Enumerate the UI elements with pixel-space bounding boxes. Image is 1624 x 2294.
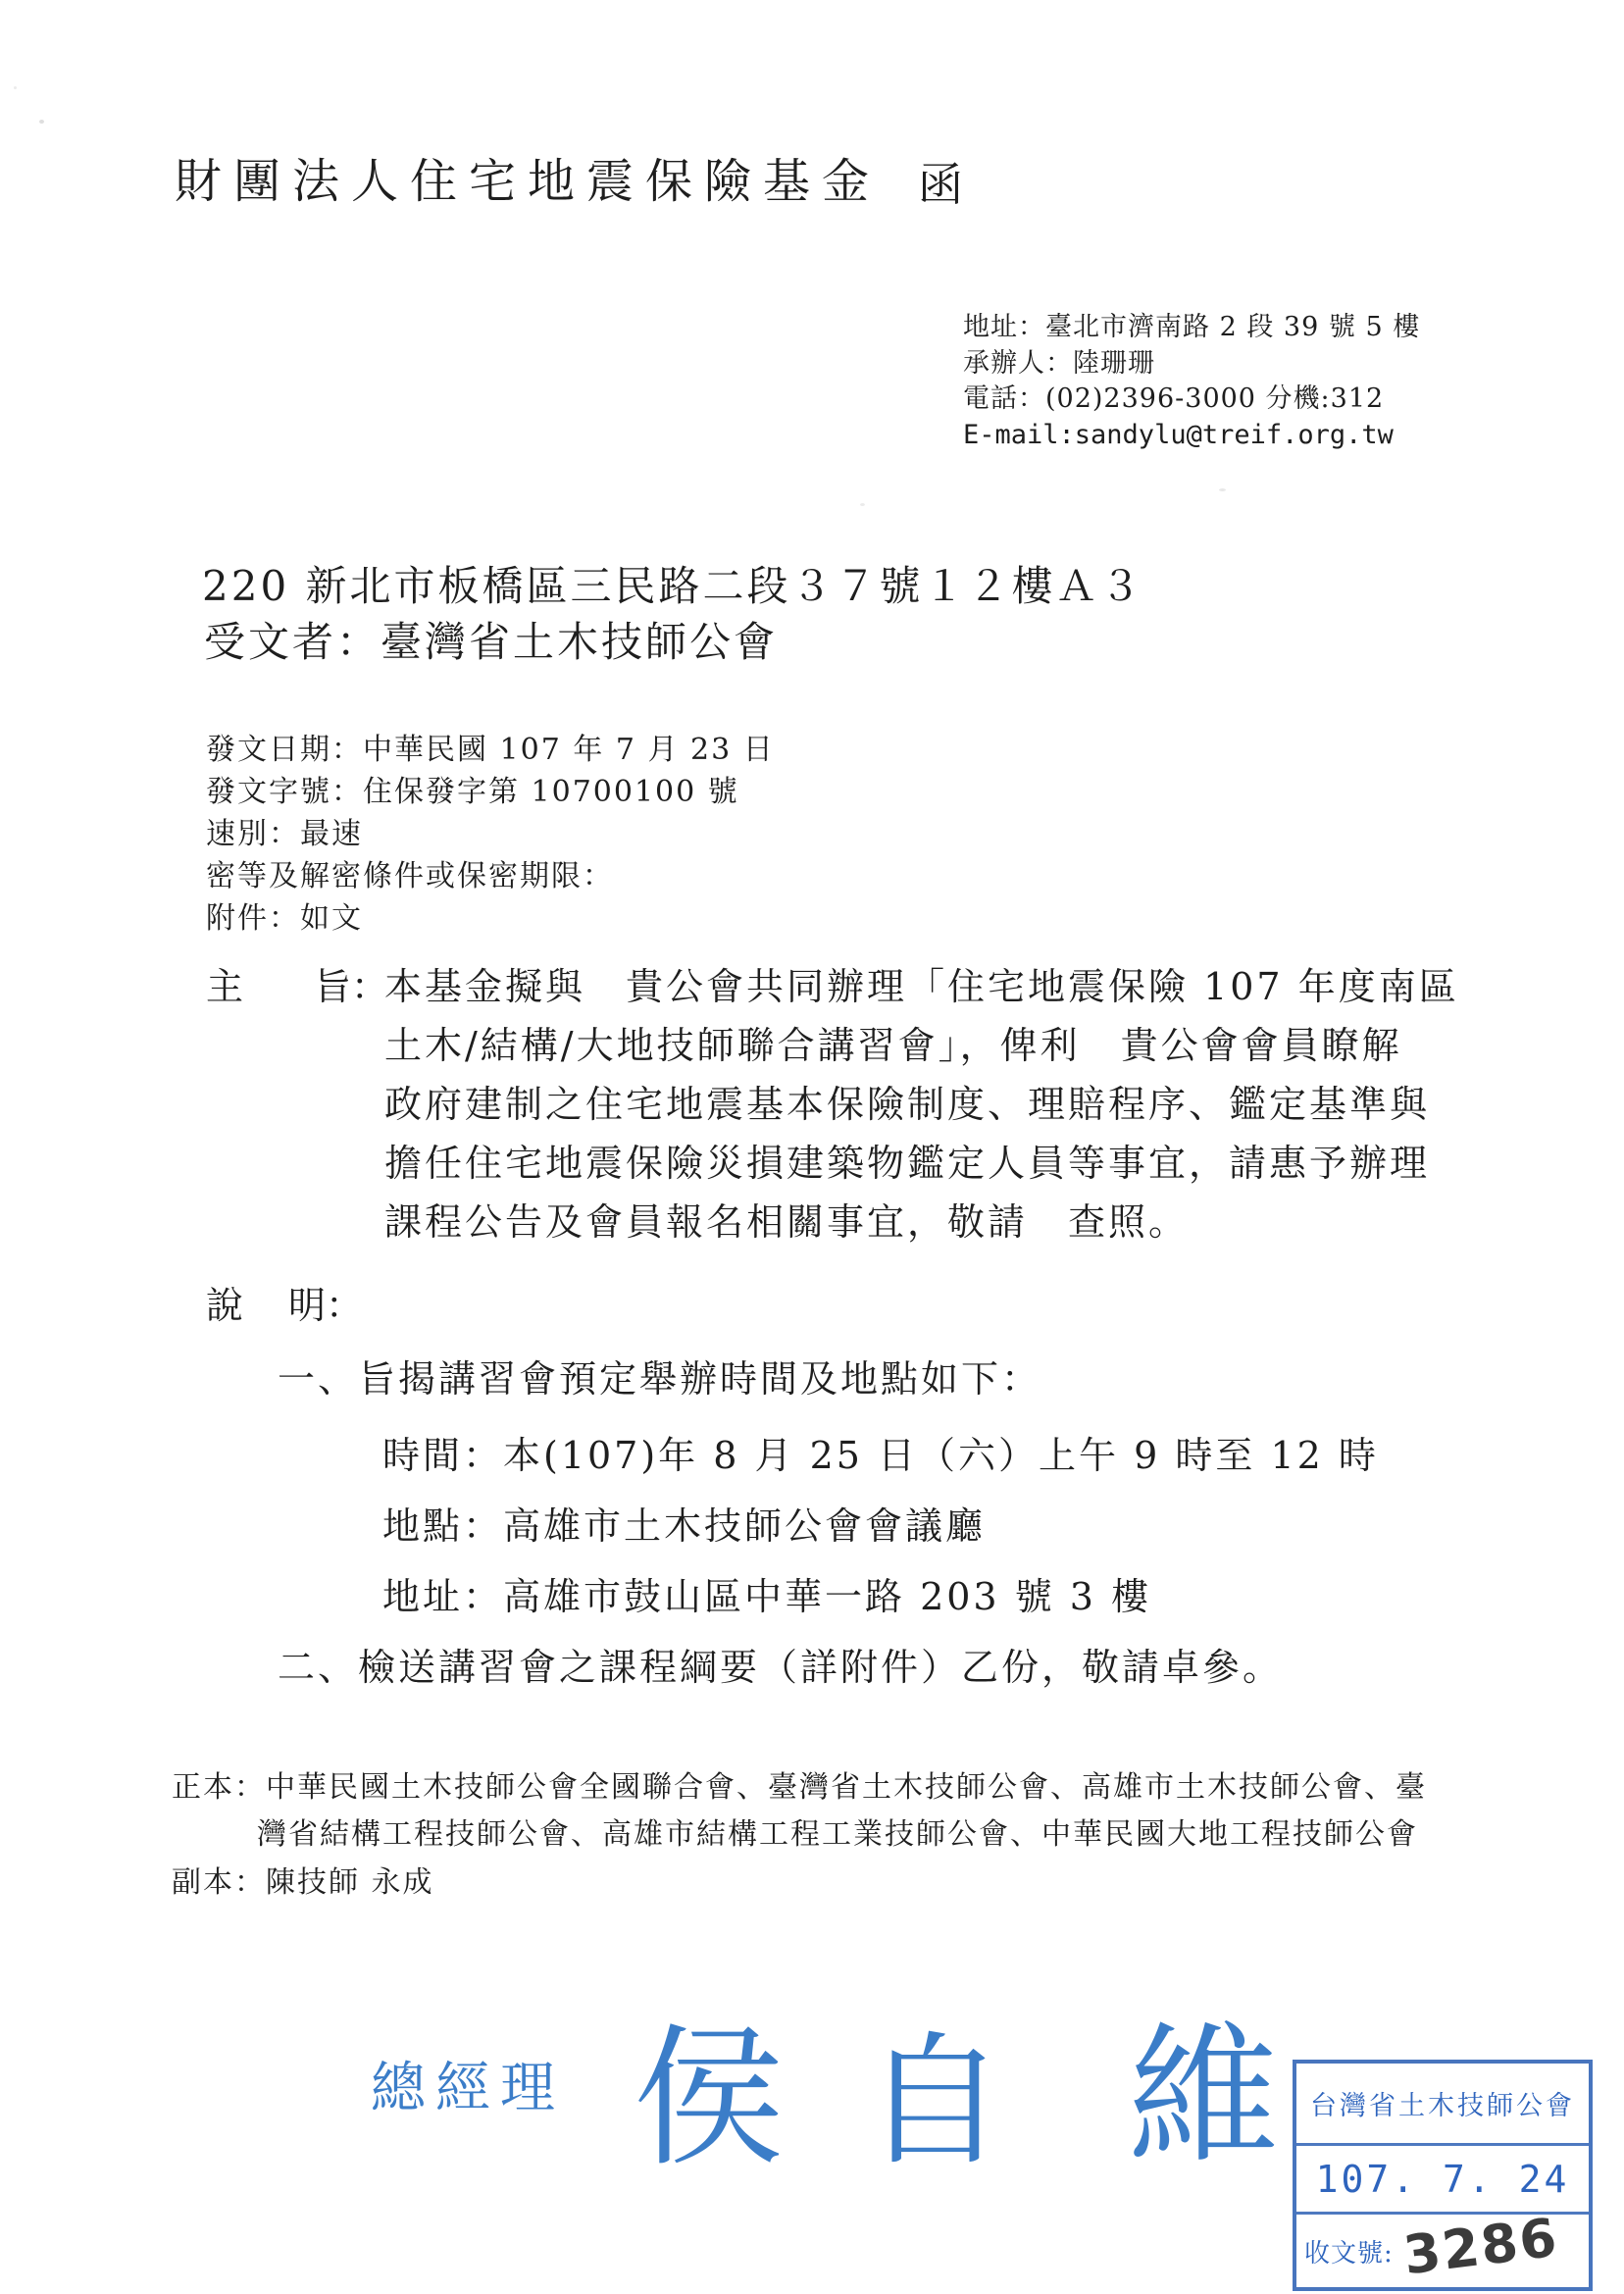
scan-artifact <box>14 86 17 89</box>
stamp-organization: 台灣省土木技師公會 <box>1296 2064 1589 2146</box>
received-stamp: 台灣省土木技師公會 107. 7. 24 收文號: 3286 <box>1293 2060 1593 2291</box>
sender-phone: 電話：(02)2396-3000 分機:312 <box>963 383 1384 414</box>
explanation-label-char1: 說 <box>206 1285 243 1328</box>
meta-speed-class: 速別：最速 <box>206 818 363 852</box>
explanation-label-rest: 明： <box>288 1285 363 1328</box>
event-place: 地點：高雄市土木技師公會會議廳 <box>382 1505 986 1549</box>
fund-title: 財團法人住宅地震保險基金 <box>175 155 881 209</box>
meta-attachment: 附件：如文 <box>206 902 363 937</box>
original-recipients-line-1: 正本：中華民國土木技師公會全國聯合會、臺灣省土木技師公會、高雄市土木技師公會、臺 <box>172 1771 1427 1806</box>
scan-artifact <box>39 120 44 124</box>
stamp-date: 107. 7. 24 <box>1296 2146 1589 2215</box>
signature-name-char: 維 <box>1128 2020 1280 2172</box>
subject-line: 土木/結構/大地技師聯合講習會」，俾利 貴公會會員瞭解 <box>384 1025 1402 1068</box>
stamp-receipt-row: 收文號: 3286 <box>1296 2215 1589 2287</box>
recipient-addressee: 受文者：臺灣省土木技師公會 <box>204 619 778 666</box>
subject-line: 課程公告及會員報名相關事宜，敬請 查照。 <box>384 1201 1189 1245</box>
subject-label-char1: 主 <box>206 966 243 1009</box>
meta-security-class: 密等及解密條件或保密期限： <box>206 860 614 894</box>
subject-label-rest: 旨： <box>314 966 388 1009</box>
subject-line: 政府建制之住宅地震基本保險制度、理賠程序、鑑定基準與 <box>384 1084 1430 1127</box>
explanation-label: 說 明： <box>206 1285 363 1328</box>
subject-label: 主 旨： <box>206 966 388 1009</box>
subject-line: 擔任住宅地震保險災損建築物鑑定人員等事宜，請惠予辦理 <box>384 1143 1430 1186</box>
signature-name-char: 自 <box>863 2030 1006 2173</box>
subject-line: 本基金擬與 貴公會共同辦理「住宅地震保險 107 年度南區 <box>384 966 1459 1009</box>
explanation-item-2: 二、檢送講習會之課程綱要（詳附件）乙份，敬請卓參。 <box>278 1647 1283 1690</box>
event-time: 時間：本(107)年 8 月 25 日（六）上午 9 時至 12 時 <box>382 1435 1379 1478</box>
sender-address: 地址：臺北市濟南路 2 段 39 號 5 樓 <box>963 312 1420 342</box>
stamp-receipt-label: 收文號: <box>1304 2233 1394 2269</box>
sender-contact-person: 承辦人：陸珊珊 <box>963 348 1155 379</box>
meta-doc-number: 發文字號：住保發字第 10700100 號 <box>206 776 739 810</box>
original-recipients-line-2: 灣省結構工程技師公會、高雄市結構工程工業技師公會、中華民國大地工程技師公會 <box>257 1818 1418 1853</box>
scan-artifact <box>1219 488 1226 491</box>
sender-email: E-mail:sandylu@treif.org.tw <box>963 420 1394 450</box>
explanation-item-1: 一、旨揭講習會預定舉辦時間及地點如下： <box>278 1358 1041 1402</box>
event-address: 地址：高雄市鼓山區中華一路 203 號 3 樓 <box>382 1576 1151 1619</box>
scanned-letter-page: 財團法人住宅地震保險基金 函 地址：臺北市濟南路 2 段 39 號 5 樓 承辦… <box>0 0 1624 2294</box>
signer-job-title: 總經理 <box>371 2058 565 2120</box>
copy-recipient: 副本：陳技師 永成 <box>172 1866 434 1901</box>
signature-name-char: 侯 <box>633 2022 785 2174</box>
scan-artifact <box>860 503 865 506</box>
stamp-receipt-number-handwritten: 3286 <box>1400 2206 1562 2286</box>
meta-issue-date: 發文日期：中華民國 107 年 7 月 23 日 <box>206 734 775 768</box>
doc-type-label: 函 <box>918 159 963 211</box>
recipient-postal-address: 220 新北市板橋區三民路二段３７號１２樓Ａ３ <box>202 563 1144 610</box>
